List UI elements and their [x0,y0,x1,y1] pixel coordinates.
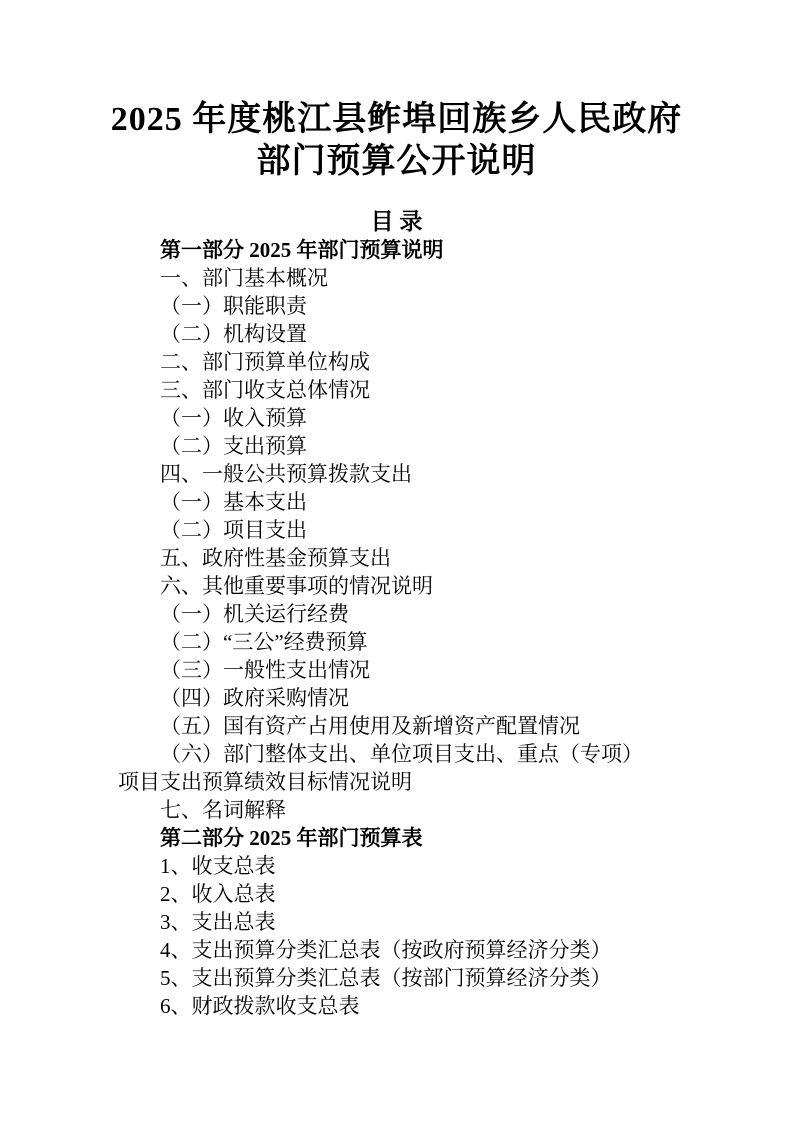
toc-line: （一）收入预算 [118,404,675,432]
document-title: 2025 年度桃江县鲊埠回族乡人民政府 部门预算公开说明 [0,99,793,183]
document-title-line-2: 部门预算公开说明 [0,141,793,183]
toc-heading: 目 录 [0,208,793,236]
toc-line: 三、部门收支总体情况 [118,376,675,404]
toc-line: 2、收入总表 [118,880,675,908]
toc-line: 二、部门预算单位构成 [118,348,675,376]
toc-line: （三）一般性支出情况 [118,656,675,684]
document-page: 2025 年度桃江县鲊埠回族乡人民政府 部门预算公开说明 目 录 第一部分 20… [0,0,793,1122]
toc-line: 1、收支总表 [118,852,675,880]
toc-line: 七、名词解释 [118,796,675,824]
toc-line: （五）国有资产占用使用及新增资产配置情况 [118,712,675,740]
toc-line: （一）基本支出 [118,488,675,516]
document-title-line-1: 2025 年度桃江县鲊埠回族乡人民政府 [0,99,793,141]
toc-line: 第二部分 2025 年部门预算表 [118,824,675,852]
toc-line: 3、支出总表 [118,908,675,936]
toc-line: 6、财政拨款收支总表 [118,992,675,1020]
toc-line: （六）部门整体支出、单位项目支出、重点（专项） [118,740,675,768]
toc-line: （一）职能职责 [118,292,675,320]
toc-line: 4、支出预算分类汇总表（按政府预算经济分类） [118,936,675,964]
toc-line: （二）支出预算 [118,432,675,460]
toc-line: （二）机构设置 [118,320,675,348]
toc-line: 第一部分 2025 年部门预算说明 [118,236,675,264]
toc-line: 六、其他重要事项的情况说明 [118,572,675,600]
toc-line: 5、支出预算分类汇总表（按部门预算经济分类） [118,964,675,992]
toc-line: 五、政府性基金预算支出 [118,544,675,572]
toc-line: 四、一般公共预算拨款支出 [118,460,675,488]
toc-line: （一）机关运行经费 [118,600,675,628]
toc-line: 项目支出预算绩效目标情况说明 [118,768,675,796]
toc-line: （二）“三公”经费预算 [118,628,675,656]
toc-line: （二）项目支出 [118,516,675,544]
toc-line: （四）政府采购情况 [118,684,675,712]
toc-list: 第一部分 2025 年部门预算说明一、部门基本概况（一）职能职责（二）机构设置二… [118,236,675,1020]
toc-line: 一、部门基本概况 [118,264,675,292]
